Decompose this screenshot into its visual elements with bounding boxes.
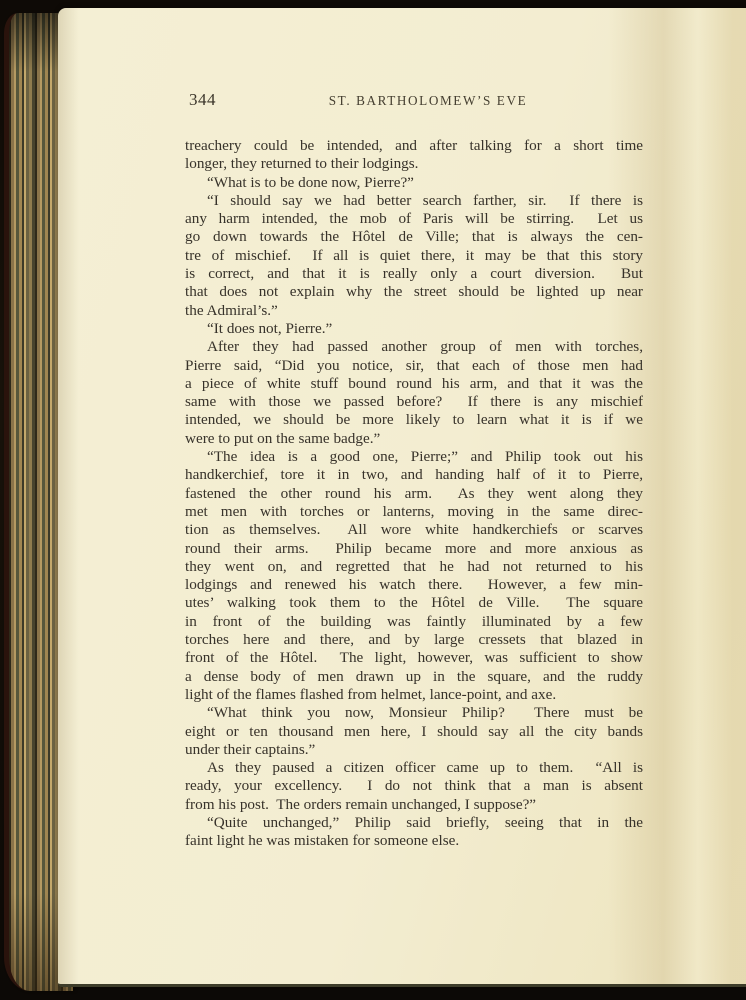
text-line: met men with torches or lanterns, moving… <box>185 503 643 521</box>
text-line: As they paused a citizen officer came up… <box>185 759 643 777</box>
text-line: round their arms. Philip became more and… <box>185 540 643 558</box>
text-line: longer, they returned to their lodgings. <box>185 155 643 173</box>
running-title: ST. BARTHOLOMEW’S EVE <box>329 93 528 109</box>
text-line: in front of the building was faintly ill… <box>185 613 643 631</box>
text-line: handkerchief, tore it in two, and handin… <box>185 466 643 484</box>
text-line: “What is to be done now, Pierre?” <box>185 174 643 192</box>
text-line: that does not explain why the street sho… <box>185 283 643 301</box>
text-line: tion as themselves. All wore white handk… <box>185 521 643 539</box>
text-line: “The idea is a good one, Pierre;” and Ph… <box>185 448 643 466</box>
text-line: a piece of white stuff bound round his a… <box>185 375 643 393</box>
text-line: light of the flames flashed from helmet,… <box>185 686 643 704</box>
text-line: torches here and there, and by large cre… <box>185 631 643 649</box>
text-line: treachery could be intended, and after t… <box>185 137 643 155</box>
text-line: intended, we should be more likely to le… <box>185 411 643 429</box>
text-line: they went on, and regretted that he had … <box>185 558 643 576</box>
text-line: were to put on the same badge.” <box>185 430 643 448</box>
text-line: the Admiral’s.” <box>185 302 643 320</box>
text-line: from his post. The orders remain unchang… <box>185 796 643 814</box>
text-line: “What think you now, Monsieur Philip? Th… <box>185 704 643 722</box>
text-line: tre of mischief. If all is quiet there, … <box>185 247 643 265</box>
text-line: lodgings and renewed his watch there. Ho… <box>185 576 643 594</box>
text-line: same with those we passed before? If the… <box>185 393 643 411</box>
text-line: After they had passed another group of m… <box>185 338 643 356</box>
text-line: eight or ten thousand men here, I should… <box>185 723 643 741</box>
page-number: 344 <box>189 90 216 110</box>
book-page: 344 ST. BARTHOLOMEW’S EVE treachery coul… <box>58 8 746 987</box>
text-line: fastened the other round his arm. As the… <box>185 485 643 503</box>
text-line: a dense body of men drawn up in the squa… <box>185 668 643 686</box>
text-line: “I should say we had better search farth… <box>185 192 643 210</box>
text-line: is correct, and that it is really only a… <box>185 265 643 283</box>
text-line: utes’ walking took them to the Hôtel de … <box>185 594 643 612</box>
text-line: front of the Hôtel. The light, however, … <box>185 649 643 667</box>
running-head: 344 ST. BARTHOLOMEW’S EVE <box>185 90 643 112</box>
text-line: “It does not, Pierre.” <box>185 320 643 338</box>
text-column: 344 ST. BARTHOLOMEW’S EVE treachery coul… <box>185 8 643 984</box>
page-text: treachery could be intended, and after t… <box>185 137 643 851</box>
text-line: any harm intended, the mob of Paris will… <box>185 210 643 228</box>
text-line: go down towards the Hôtel de Ville; that… <box>185 228 643 246</box>
text-line: faint light he was mistaken for someone … <box>185 832 643 850</box>
text-line: under their captains.” <box>185 741 643 759</box>
book-scan: 344 ST. BARTHOLOMEW’S EVE treachery coul… <box>0 0 746 1000</box>
text-line: ready, your excellency. I do not think t… <box>185 777 643 795</box>
text-line: “Quite unchanged,” Philip said briefly, … <box>185 814 643 832</box>
text-line: Pierre said, “Did you notice, sir, that … <box>185 357 643 375</box>
